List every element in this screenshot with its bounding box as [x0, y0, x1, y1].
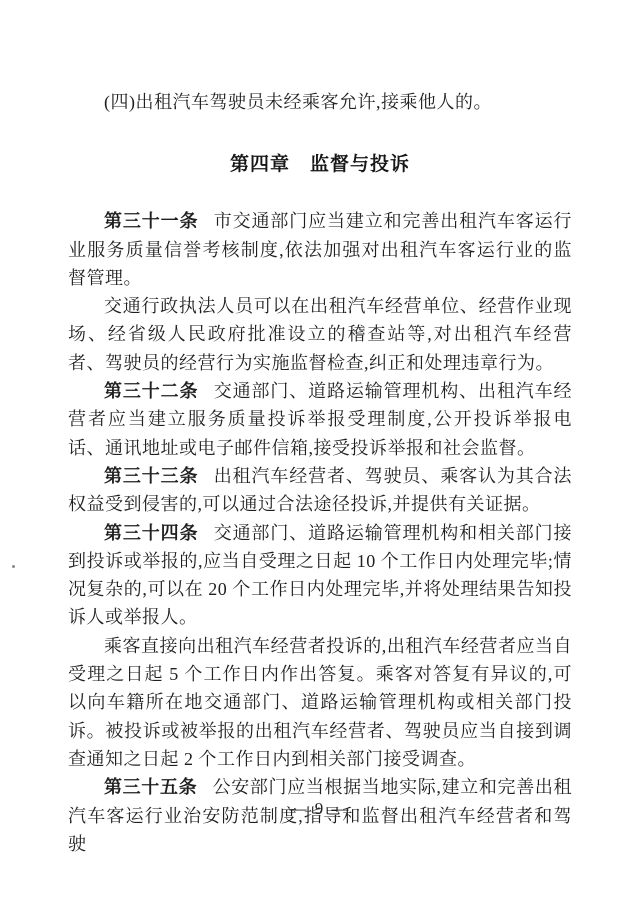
- scan-artifact-speck: [12, 565, 15, 568]
- document-page: (四)出租汽车驾驶员未经乘客允许,接乘他人的。 第四章 监督与投诉 第三十一条市…: [0, 0, 640, 917]
- paragraph-article-34: 第三十四条交通部门、道路运输管理机构和相关部门接到投诉或举报的,应当自受理之日起…: [68, 519, 572, 632]
- chapter-heading: 第四章 监督与投诉: [68, 149, 572, 176]
- paragraph-text: 交通行政执法人员可以在出租汽车经营单位、经营作业现场、经省级人民政府批准设立的稽…: [68, 296, 572, 373]
- article-number: 第三十二条: [104, 381, 198, 401]
- list-item-four: (四)出租汽车驾驶员未经乘客允许,接乘他人的。: [68, 88, 572, 116]
- article-number: 第三十一条: [104, 211, 198, 231]
- paragraph-article-33: 第三十三条出租汽车经营者、驾驶员、乘客认为其合法权益受到侵害的,可以通过合法途径…: [68, 462, 572, 519]
- page-number: — 9 —: [0, 799, 640, 819]
- article-number: 第三十三条: [104, 466, 198, 486]
- article-number: 第三十四条: [104, 523, 198, 543]
- paragraph-article-31: 第三十一条市交通部门应当建立和完善出租汽车客运行业服务质量信誉考核制度,依法加强…: [68, 207, 572, 292]
- paragraph-text: 乘客直接向出租汽车经营者投诉的,出租汽车经营者应当自受理之日起 5 个工作日内作…: [68, 636, 572, 769]
- article-number: 第三十五条: [104, 777, 197, 797]
- paragraph-enforcement: 交通行政执法人员可以在出租汽车经营单位、经营作业现场、经省级人民政府批准设立的稽…: [68, 292, 572, 377]
- paragraph-passenger-complaint: 乘客直接向出租汽车经营者投诉的,出租汽车经营者应当自受理之日起 5 个工作日内作…: [68, 632, 572, 773]
- paragraph-article-32: 第三十二条交通部门、道路运输管理机构、出租汽车经营者应当建立服务质量投诉举报受理…: [68, 377, 572, 462]
- page-content: (四)出租汽车驾驶员未经乘客允许,接乘他人的。 第四章 监督与投诉 第三十一条市…: [0, 0, 640, 858]
